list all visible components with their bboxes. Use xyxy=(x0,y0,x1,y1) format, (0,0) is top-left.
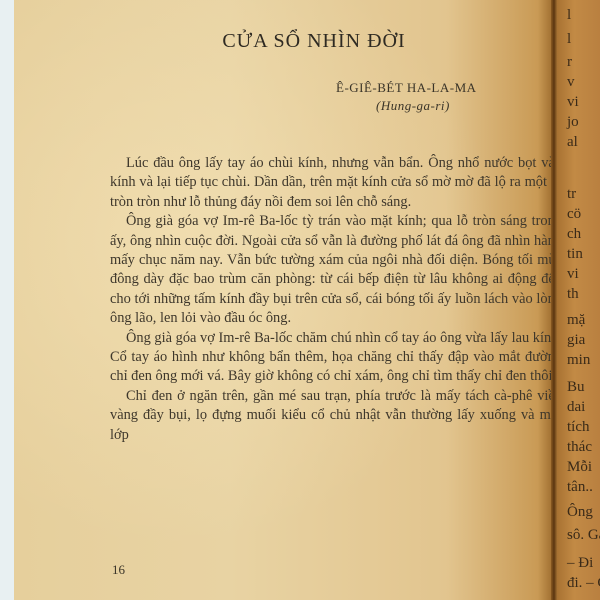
text-fragment: vi xyxy=(567,95,579,110)
text-fragment: tin xyxy=(567,247,583,262)
text-fragment: tr xyxy=(567,187,576,202)
text-fragment: al xyxy=(567,135,578,150)
text-fragment: – Đi xyxy=(567,556,593,571)
text-fragment: sô. Gá xyxy=(567,528,600,543)
text-fragment: v xyxy=(567,75,575,90)
paragraph: Ông già góa vợ Im-rê Ba-lốc chăm chú nhì… xyxy=(110,329,562,387)
text-fragment: r xyxy=(567,55,572,70)
body-text: Lúc đầu ông lấy tay áo chùi kính, nhưng … xyxy=(110,154,562,445)
text-fragment: đi. – G xyxy=(567,576,600,591)
paragraph: Ông già góa vợ Im-rê Ba-lốc tỳ trán vào … xyxy=(110,212,562,328)
page-number: 16 xyxy=(112,562,125,578)
text-fragment: Mỗi xyxy=(567,460,592,475)
book-page: CỬA SỔ NHÌN ĐỜI Ê-GIÊ-BÉT HA-LA-MA (Hung… xyxy=(14,0,554,600)
next-page-edge: l l r v vi jo al tr cö ch tin vi th mặ g… xyxy=(557,0,600,600)
text-fragment: thác xyxy=(567,440,592,455)
text-fragment: tân.. xyxy=(567,480,593,495)
author-country: (Hung-ga-ri) xyxy=(376,98,450,114)
author-name: Ê-GIÊ-BÉT HA-LA-MA xyxy=(336,80,477,96)
text-fragment: dai xyxy=(567,400,585,415)
text-fragment: ch xyxy=(567,227,581,242)
text-fragment: Ông xyxy=(567,505,593,520)
text-fragment: tích xyxy=(567,420,590,435)
text-fragment: min xyxy=(567,353,590,368)
text-fragment: l xyxy=(567,32,571,47)
text-fragment: mặ xyxy=(567,313,585,328)
text-fragment: l xyxy=(567,8,571,23)
chapter-title: CỬA SỔ NHÌN ĐỜI xyxy=(14,30,600,53)
text-fragment: gia xyxy=(567,333,585,348)
text-fragment: jo xyxy=(567,115,579,130)
text-fragment: th xyxy=(567,287,579,302)
text-fragment: Bu xyxy=(567,380,585,395)
text-fragment: vi xyxy=(567,267,579,282)
text-fragment: cö xyxy=(567,207,581,222)
paragraph: Lúc đầu ông lấy tay áo chùi kính, nhưng … xyxy=(110,154,562,212)
paragraph: Chỉ đen ở ngăn trên, gần mé sau trạn, ph… xyxy=(110,387,562,445)
